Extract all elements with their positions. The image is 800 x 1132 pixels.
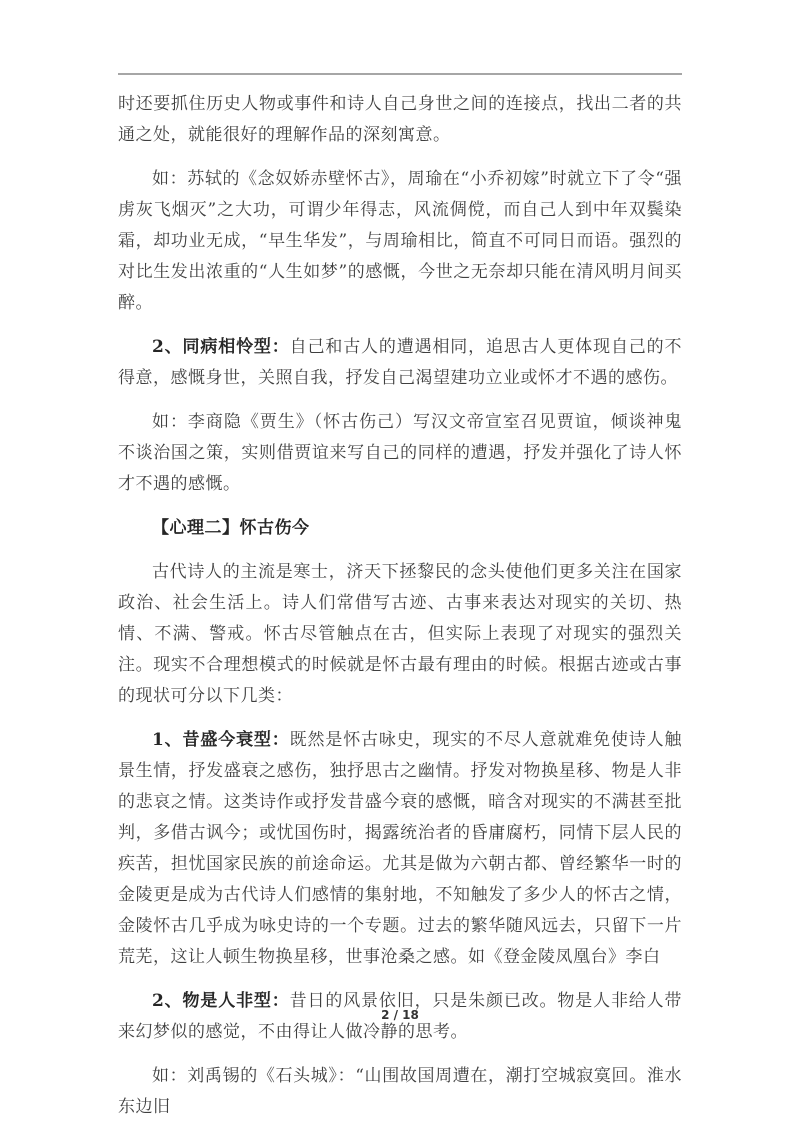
page-number: 2 / 18 xyxy=(381,1008,419,1022)
bold-text-run: 2、同病相怜型： xyxy=(152,337,290,357)
document-body: 时还要抓住历史人物或事件和诗人自己身世之间的连接点，找出二者的共通之处，就能很好… xyxy=(118,89,682,1132)
paragraph: 2、同病相怜型：自己和古人的遭遇相同，追思古人更体现自己的不得意，感慨身世，关照… xyxy=(118,332,682,394)
header-rule xyxy=(118,73,682,75)
paragraph: 古代诗人的主流是寒士，济天下拯黎民的念头使他们更多关注在国家政治、社会生活上。诗… xyxy=(118,557,682,712)
paragraph: 1、昔盛今衰型：既然是怀古咏史，现实的不尽人意就难免使诗人触景生情，抒发盛衰之感… xyxy=(118,725,682,973)
text-run: 如：苏轼的《念奴娇赤壁怀古》，周瑜在“小乔初嫁”时就立下了令“强虏灰飞烟灭”之大… xyxy=(118,169,682,313)
text-run: 时还要抓住历史人物或事件和诗人自己身世之间的连接点，找出二者的共通之处，就能很好… xyxy=(118,94,682,145)
paragraph: 如：李商隐《贾生》（怀古伤己）写汉文帝宣室召见贾谊，倾谈神鬼不谈治国之策，实则借… xyxy=(118,407,682,500)
text-run: 如：刘禹锡的《石头城》：“山围故国周遭在，潮打空城寂寞回。淮水东边旧 xyxy=(118,1066,682,1117)
paragraph: 如：苏轼的《念奴娇赤壁怀古》，周瑜在“小乔初嫁”时就立下了令“强虏灰飞烟灭”之大… xyxy=(118,164,682,319)
paragraph: 【心理二】怀古伤今 xyxy=(118,513,682,544)
bold-text-run: 1、昔盛今衰型： xyxy=(152,730,290,750)
bold-text-run: 【心理二】怀古伤今 xyxy=(152,518,310,538)
text-run: 古代诗人的主流是寒士，济天下拯黎民的念头使他们更多关注在国家政治、社会生活上。诗… xyxy=(118,562,682,706)
page-footer: 2 / 18 xyxy=(0,1004,800,1023)
text-run: 既然是怀古咏史，现实的不尽人意就难免使诗人触景生情，抒发盛衰之感伤，独抒思古之幽… xyxy=(118,730,682,967)
paragraph: 如：刘禹锡的《石头城》：“山围故国周遭在，潮打空城寂寞回。淮水东边旧 xyxy=(118,1061,682,1123)
text-run: 如：李商隐《贾生》（怀古伤己）写汉文帝宣室召见贾谊，倾谈神鬼不谈治国之策，实则借… xyxy=(118,412,682,494)
paragraph: 时还要抓住历史人物或事件和诗人自己身世之间的连接点，找出二者的共通之处，就能很好… xyxy=(118,89,682,151)
document-page: 时还要抓住历史人物或事件和诗人自己身世之间的连接点，找出二者的共通之处，就能很好… xyxy=(0,0,800,1132)
